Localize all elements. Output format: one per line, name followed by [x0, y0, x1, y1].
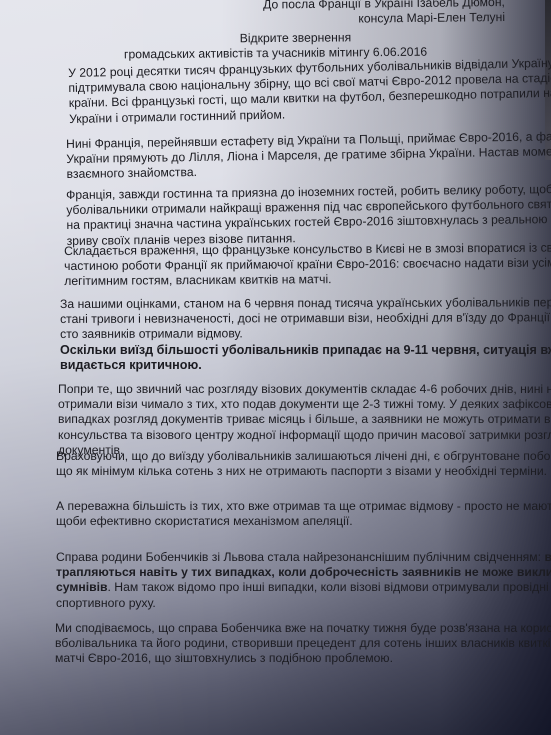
paragraph-line: трапляються навіть у тих випадках, коли … — [56, 565, 506, 580]
paragraph-line: Враховуючи, що до виїзду уболівальників … — [56, 449, 506, 464]
paragraph-line: консульства та візового центру жодної ін… — [58, 428, 508, 443]
paragraph-line: щоби ефективно скористатися механізмом а… — [56, 514, 506, 529]
paragraph-line: вболівальника та його родини, створивши … — [55, 636, 505, 651]
paragraph: Складається враження, що французьке конс… — [64, 241, 514, 290]
paragraph: У 2012 році десятки тисяч французьких фу… — [68, 57, 519, 127]
text-segment: спортивного руху. — [56, 596, 156, 610]
letter-document: До посла Франції в Україні Ізабель Дюмон… — [0, 0, 551, 735]
paragraph: Враховуючи, що до виїзду уболівальників … — [56, 449, 506, 479]
text-segment: . Нам також відомо про інші випадки, кол… — [108, 580, 551, 594]
paragraph: Франція, завжди гостинна та приязна до і… — [66, 183, 517, 249]
paragraph-line: що як мінімум кілька сотень з них не отр… — [56, 464, 506, 479]
paragraph-line: Попри те, що звичний час розгляду візови… — [58, 382, 508, 397]
paragraph-line: отримали візи чимало з тих, хто подав до… — [58, 397, 508, 412]
bold-text: сумнівів — [56, 580, 108, 594]
paragraph: Справа родини Бобенчиків зі Львова стала… — [56, 550, 506, 611]
bold-text: трапляються навіть у тих випадках, коли … — [56, 565, 551, 579]
paragraph-line: стані тривоги і невизначеності, досі не … — [60, 311, 510, 328]
text-segment: Справа родини Бобенчиків зі Львова стала… — [56, 550, 544, 564]
addressee-line: консула Марі-Елен Телуні — [263, 10, 505, 28]
paragraph-line: видається критичною. — [60, 358, 510, 373]
paragraph: Нині Франція, перейнявши естафету від Ук… — [66, 130, 517, 183]
paragraph-line: сто заявників отримали відмову. — [60, 326, 510, 343]
paragraph-line: матчі Євро-2016, що зіштовхнулись з поді… — [55, 651, 505, 666]
paragraph-line: легітимним гостям, власникам квитків на … — [64, 271, 514, 289]
paragraph-emphasis: Оскільки виїзд більшості уболівальників … — [60, 343, 510, 373]
paragraph-line: А переважна більшість із тих, хто вже от… — [56, 499, 506, 514]
paragraph: За нашими оцінками, станом на 6 червня п… — [60, 295, 510, 342]
addressee-block: До посла Франції в Україні Ізабель Дюмон… — [263, 0, 505, 28]
paragraph: Ми сподіваємось, що справа Бобенчика вже… — [55, 621, 505, 667]
paragraph-line: спортивного руху. — [56, 596, 506, 611]
paragraph-line: випадках розгляд документів триває місяц… — [58, 412, 508, 427]
paragraph-line: Оскільки виїзд більшості уболівальників … — [60, 343, 510, 358]
paragraph-line: Ми сподіваємось, що справа Бобенчика вже… — [55, 621, 505, 636]
paragraph: Попри те, що звичний час розгляду візови… — [58, 382, 508, 458]
bold-text: відмови — [544, 550, 551, 564]
paragraph-line: За нашими оцінками, станом на 6 червня п… — [60, 295, 510, 312]
paragraph-line: Справа родини Бобенчиків зі Львова стала… — [56, 550, 506, 565]
paragraph: А переважна більшість із тих, хто вже от… — [56, 499, 506, 529]
paragraph-line: сумнівів. Нам також відомо про інші випа… — [56, 580, 506, 595]
